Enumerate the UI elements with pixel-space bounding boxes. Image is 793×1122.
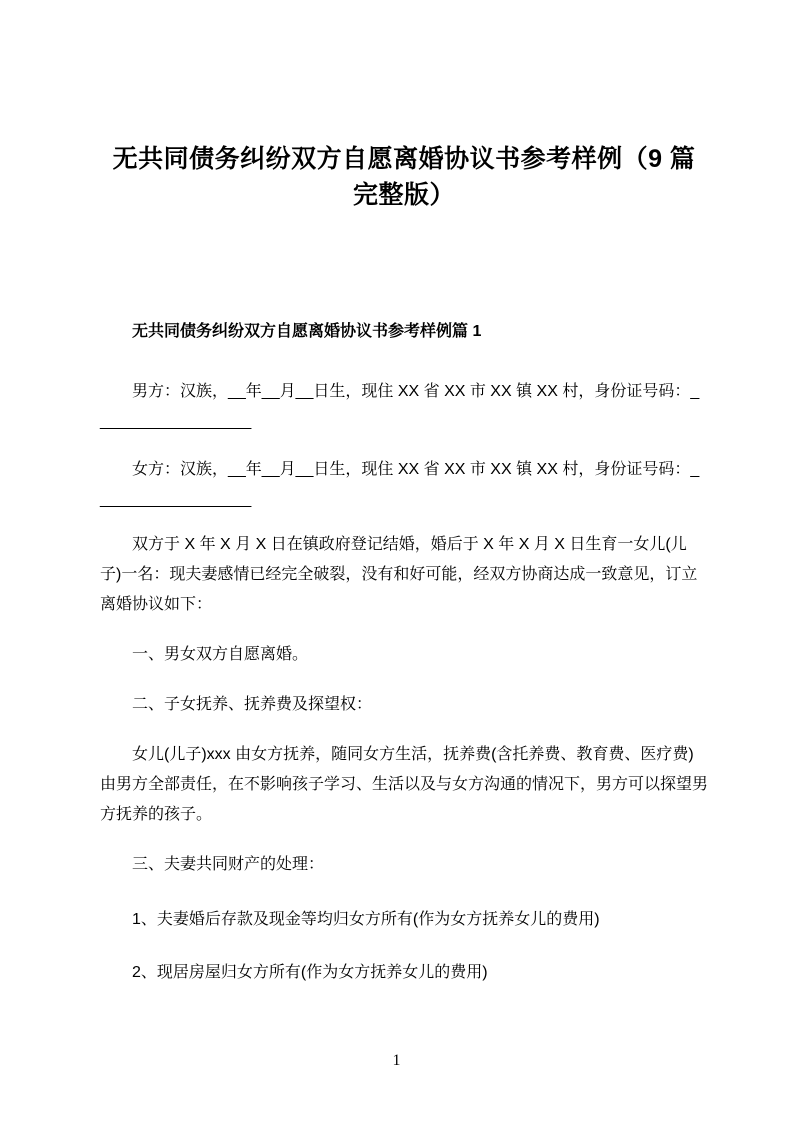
paragraph-clause-2: 二、子女抚养、抚养费及探望权： bbox=[100, 690, 708, 720]
paragraph-party-female: 女方：汉族，__年__月__日生，现住 XX 省 XX 市 XX 镇 XX 村，… bbox=[100, 455, 708, 515]
paragraph-clause-3-item-2: 2、现居房屋归女方所有(作为女方抚养女儿的费用) bbox=[100, 958, 708, 988]
paragraph-clause-2-detail: 女儿(儿子)xxx 由女方抚养，随同女方生活，抚养费(含托养费、教育费、医疗费)… bbox=[100, 740, 708, 830]
section-heading: 无共同债务纠纷双方自愿离婚协议书参考样例篇 1 bbox=[100, 317, 708, 347]
document-body: 男方：汉族，__年__月__日生，现住 XX 省 XX 市 XX 镇 XX 村，… bbox=[100, 377, 708, 988]
paragraph-clause-1: 一、男女双方自愿离婚。 bbox=[100, 640, 708, 670]
document-page: 无共同债务纠纷双方自愿离婚协议书参考样例（9 篇完整版） 无共同债务纠纷双方自愿… bbox=[0, 0, 793, 1122]
page-number: 1 bbox=[0, 1051, 793, 1071]
paragraph-clause-3-item-1: 1、夫妻婚后存款及现金等均归女方所有(作为女方抚养女儿的费用) bbox=[100, 905, 708, 935]
paragraph-preamble: 双方于 X 年 X 月 X 日在镇政府登记结婚，婚后于 X 年 X 月 X 日生… bbox=[100, 530, 708, 620]
paragraph-clause-3: 三、夫妻共同财产的处理： bbox=[100, 850, 708, 880]
document-title: 无共同债务纠纷双方自愿离婚协议书参考样例（9 篇完整版） bbox=[100, 141, 708, 213]
paragraph-party-male: 男方：汉族，__年__月__日生，现住 XX 省 XX 市 XX 镇 XX 村，… bbox=[100, 377, 708, 437]
